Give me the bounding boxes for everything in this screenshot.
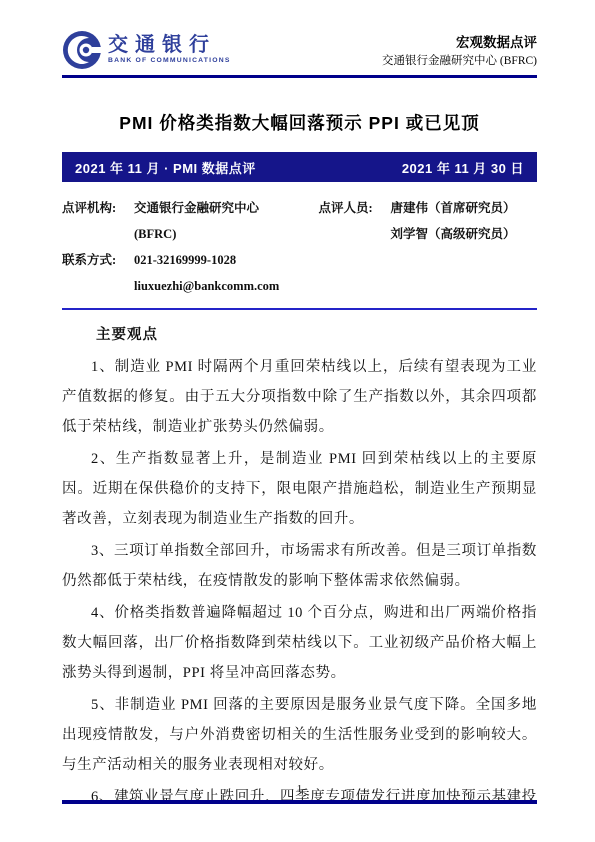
paragraph-1: 1、制造业 PMI 时隔两个月重回荣枯线以上，后续有望表现为工业产值数据的修复。… [62, 352, 537, 442]
bank-logo: 交通银行 BANK OF COMMUNICATIONS [62, 30, 231, 70]
report-body: 主要观点 1、制造业 PMI 时隔两个月重回荣枯线以上，后续有望表现为工业产值数… [62, 320, 537, 812]
org-value: 交通银行金融研究中心 [134, 195, 259, 221]
bank-name-en: BANK OF COMMUNICATIONS [108, 58, 231, 65]
people-label: 点评人员: [319, 195, 391, 221]
issue-banner-date: 2021 年 11 月 30 日 [402, 158, 524, 177]
page-header: 交通银行 BANK OF COMMUNICATIONS 宏观数据点评 交通银行金… [62, 30, 537, 70]
header-divider [62, 75, 537, 78]
footer-divider [62, 800, 537, 804]
bank-name-cn: 交通银行 [108, 35, 231, 55]
paragraph-5: 5、非制造业 PMI 回落的主要原因是服务业景气度下降。全国多地出现疫情散发，与… [62, 690, 537, 780]
contact-phone: 021-32169999-1028 [134, 247, 236, 273]
bank-logo-text: 交通银行 BANK OF COMMUNICATIONS [108, 35, 231, 65]
page-footer: 1 [62, 783, 537, 804]
issue-banner-left: 2021 年 11 月 · PMI 数据点评 [75, 158, 256, 177]
meta-block: 点评机构: 交通银行金融研究中心 (BFRC) 联系方式: 021-321699… [62, 195, 537, 299]
issue-banner: 2021 年 11 月 · PMI 数据点评 2021 年 11 月 30 日 [62, 152, 537, 182]
bocom-emblem-icon [62, 30, 102, 70]
doc-type-label: 宏观数据点评 [382, 34, 537, 52]
paragraph-3: 3、三项订单指数全部回升，市场需求有所改善。但是三项订单指数仍然都低于荣枯线，在… [62, 536, 537, 596]
page-title: PMI 价格类指数大幅回落预示 PPI 或已见顶 [62, 110, 537, 135]
meta-left-column: 点评机构: 交通银行金融研究中心 (BFRC) 联系方式: 021-321699… [62, 195, 319, 299]
paragraph-4: 4、价格类指数普遍降幅超过 10 个百分点，购进和出厂两端价格指数大幅回落，出厂… [62, 598, 537, 688]
research-center-label: 交通银行金融研究中心 (BFRC) [382, 54, 537, 70]
meta-org-row: 点评机构: 交通银行金融研究中心 [62, 195, 319, 221]
contact-label: 联系方式: [62, 247, 134, 273]
paragraph-2: 2、生产指数显著上升，是制造业 PMI 回到荣枯线以上的主要原因。近期在保供稳价… [62, 444, 537, 534]
meta-divider [62, 308, 537, 310]
analyst-1: 唐建伟（首席研究员） [391, 195, 516, 221]
meta-people-row: 点评人员: 唐建伟（首席研究员） [319, 195, 538, 221]
org-value-line2: (BFRC) [134, 221, 319, 247]
page-number: 1 [62, 783, 537, 795]
contact-email: liuxuezhi@bankcomm.com [134, 273, 319, 299]
meta-right-column: 点评人员: 唐建伟（首席研究员） 刘学智（高级研究员） [319, 195, 538, 299]
body-heading: 主要观点 [96, 320, 537, 350]
report-page: 交通银行 BANK OF COMMUNICATIONS 宏观数据点评 交通银行金… [0, 0, 595, 842]
header-right: 宏观数据点评 交通银行金融研究中心 (BFRC) [382, 34, 537, 70]
org-label: 点评机构: [62, 195, 134, 221]
analyst-2: 刘学智（高级研究员） [391, 221, 538, 247]
meta-contact-row: 联系方式: 021-32169999-1028 [62, 247, 319, 273]
